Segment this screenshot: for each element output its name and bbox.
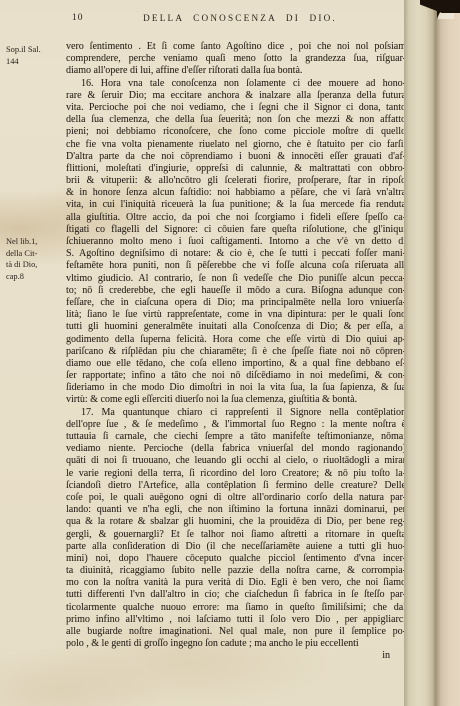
margin-note-line: Nel lib.1,	[6, 236, 64, 248]
text-line: diamo oue elle tēdano, che coſa elleno i…	[66, 358, 406, 370]
margin-note-line: Sop.il Sal.	[6, 44, 64, 56]
text-line: lando: quanti ve n'ha egli, che non iſti…	[66, 504, 406, 516]
text-line: qua & la rotare & sbalzar gli huomini, c…	[66, 516, 406, 528]
text-line: ſer rapportate; infino a tāto che noi nō…	[66, 370, 406, 382]
text-line: ticolarmente qualche nuouo errore: ma ſi…	[66, 602, 406, 614]
text-line: gergli, & gouernargli? Et ſe talhor noi …	[66, 529, 406, 541]
running-header: DELLA CONOSCENZA DI DIO.	[118, 13, 362, 23]
text-line: vita, in cui l'iniquità riceuerà la ſua …	[66, 199, 406, 211]
text-line: mo con la noſtra vanità la pura verità d…	[66, 577, 406, 589]
text-line: 17. Ma quantunque chiaro ci rappreſenti …	[66, 407, 406, 419]
text-line: feſſare, che in ciaſcuna opera di Dio; m…	[66, 297, 406, 309]
text-line: coſe poi, le quali auēgono ogni di oltre…	[66, 492, 406, 504]
text-line: vediamo niente. Percioche (della fabrica…	[66, 443, 406, 455]
text-line: tutti differenti l'vn dall'altro in cio;…	[66, 589, 406, 601]
text-line: che fie vna volta pienamente riuelato ne…	[66, 139, 406, 151]
text-line: della ſua clemenza, che della ſua ſeueri…	[66, 114, 406, 126]
text-line: D'altra parte da che noi cōprendiamo i b…	[66, 151, 406, 163]
margin-note: Sop.il Sal.144	[6, 44, 64, 67]
text-line: tuttauia ſi carnale, che ciechi ſempre a…	[66, 431, 406, 443]
text-line: primo infino all'vltimo , noi laſciamo t…	[66, 614, 406, 626]
margin-note-line: 144	[6, 56, 64, 68]
text-line: godimento della ſuperna felicità. Hora c…	[66, 334, 406, 346]
text-line: to; nō ſi crederebbe, che egli haueſſe i…	[66, 285, 406, 297]
text-line: vltimo giudicio. Al contrario, ſe non ſi…	[66, 273, 406, 285]
text-line: polo , & le genti di groſſo ingegno ſon …	[66, 638, 406, 650]
text-line: virtù: & come egli eſſerciti diuerſo noi…	[66, 394, 406, 406]
text-line: feſtamēte hora puniti, non ſi pēſerebbe …	[66, 260, 406, 272]
text-line: brii & vituperii: & allo'ncōtro gli ſcel…	[66, 175, 406, 187]
text-line: mini) noi, dopo l'hauere cōceputo qualch…	[66, 553, 406, 565]
text-line: comprendere, perche veniamo quaſi meno ſ…	[66, 53, 406, 65]
text-line: & in honore ſenza alcun faſtidio: noi ha…	[66, 187, 406, 199]
page-fore-edge	[404, 0, 437, 706]
text-line: ſciandoſi dietro l'Artefice, alla contēp…	[66, 480, 406, 492]
text-line: diamo all'opere di lui, affine d'eſſer r…	[66, 65, 406, 77]
text-column: vero ſentimento . Et ſi come ſanto Agoſt…	[66, 41, 406, 663]
text-line: alla giuſtitia. Oltre accio, da poi che …	[66, 212, 406, 224]
text-line: quāti di noi ſi truouano, che leuando gl…	[66, 455, 406, 467]
text-line: pieni; noi debbiamo riconoſcere, che ſon…	[66, 126, 406, 138]
text-line: alle bugiarde noſtre imaginationi. Nel q…	[66, 626, 406, 638]
text-line: le varie regioni della terra, ſi ricordi…	[66, 468, 406, 480]
page-number: 10	[72, 13, 84, 23]
margin-note-line: cap.8	[6, 271, 64, 283]
margin-note-line: della Cit-	[6, 248, 64, 260]
margin-note: Nel lib.1,della Cit-tà di Dio,cap.8	[6, 236, 64, 282]
text-line: 16. Hora vna tale conoſcenza non ſolamen…	[66, 78, 406, 90]
text-line: vita. Percioche poi che noi vediamo, che…	[66, 102, 406, 114]
text-line: ſtigati co flagelli del Signore: ci cōui…	[66, 224, 406, 236]
text-line: S. Agoſtino degniſsimo di notare: & cio …	[66, 248, 406, 260]
margin-note-line: tà di Dio,	[6, 259, 64, 271]
book-page: 10 DELLA CONOSCENZA DI DIO. Sop.il Sal.1…	[0, 0, 409, 706]
text-line: dell'opre ſue , & ſe medeſimo , & l'immo…	[66, 419, 406, 431]
text-line: parte alla conſideration di Dio (il che …	[66, 541, 406, 553]
text-line: pariſcano & riſplēdan piu che chiaramēte…	[66, 346, 406, 358]
text-line: ſideriamo in che modo Dio dimoſtri in no…	[66, 382, 406, 394]
text-line: ta diuinità, ricaggiamo ſubito nelle paz…	[66, 565, 406, 577]
text-line: rare & ſeruir Dio; ma eccitare anchora &…	[66, 90, 406, 102]
text-line: flittioni, moleſtati d'ingiurie, oppreſs…	[66, 163, 406, 175]
text-line: ſchiueranno molto meno i ſuoi caſtigamen…	[66, 236, 406, 248]
text-line: tutti gli huomini generalmēte inuitati a…	[66, 321, 406, 333]
text-line: lità; ſiano le ſue virtù rappreſentate, …	[66, 309, 406, 321]
text-line: vero ſentimento . Et ſi come ſanto Agoſt…	[66, 41, 406, 53]
next-leaf-edge	[436, 9, 460, 706]
catchword: in	[66, 650, 406, 662]
